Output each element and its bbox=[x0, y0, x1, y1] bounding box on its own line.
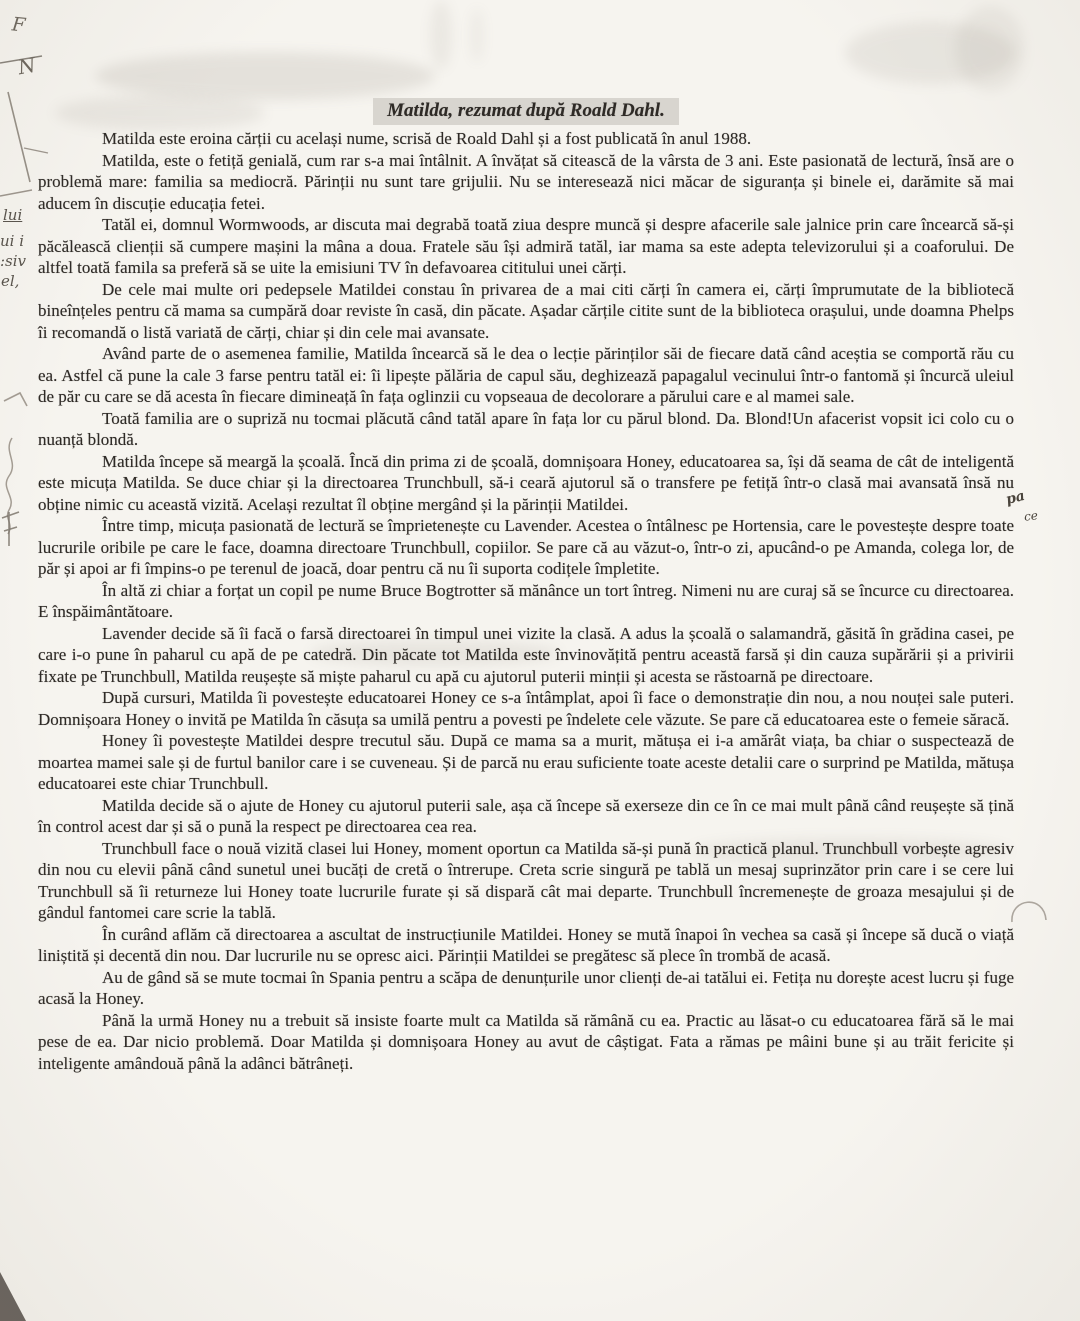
scanned-document-page: F N lui ui i :siv el, pa ce Matilda, rez… bbox=[0, 0, 1080, 1321]
paragraph: De cele mai multe ori pedepsele Matildei… bbox=[38, 279, 1014, 344]
margin-note-n: N bbox=[16, 53, 37, 80]
margin-diagonal-stroke bbox=[8, 92, 30, 182]
bleedthrough-smudge bbox=[845, 22, 1015, 84]
document-text-block: Matilda, rezumat după Roald Dahl. Matild… bbox=[38, 98, 1014, 1074]
corner-shadow bbox=[0, 1272, 26, 1321]
bleedthrough-smudge bbox=[430, 0, 452, 70]
paragraph: În altă zi chiar a forțat un copil pe nu… bbox=[38, 580, 1014, 623]
paragraph: Lavender decide să îi facă o farsă direc… bbox=[38, 623, 1014, 688]
margin-line-above-n bbox=[0, 56, 42, 63]
paragraph: Matilda decide să o ajute de Honey cu aj… bbox=[38, 795, 1014, 838]
right-hook-mark bbox=[1012, 902, 1046, 922]
margin-short-line bbox=[0, 190, 32, 196]
margin-corner-mark bbox=[4, 393, 27, 406]
paragraph: Au de gând să se mute tocmai în Spania p… bbox=[38, 967, 1014, 1010]
paragraph: Honey îi povestește Matildei despre trec… bbox=[38, 730, 1014, 795]
margin-note-word: lui bbox=[3, 206, 22, 224]
paragraph: Având parte de o asemenea familie, Matil… bbox=[38, 343, 1014, 408]
title-row: Matilda, rezumat după Roald Dahl. bbox=[38, 98, 1014, 125]
paragraph: Matilda, este o fetiță genială, cum rar … bbox=[38, 150, 1014, 215]
paragraph: Matilda este eroina cărții cu același nu… bbox=[38, 128, 1014, 150]
paragraph: Tatăl ei, domnul Wormwoods, ar discuta m… bbox=[38, 214, 1014, 279]
bleedthrough-smudge bbox=[470, 8, 484, 63]
margin-note-word: ui i bbox=[0, 232, 24, 250]
document-body: Matilda este eroina cărții cu același nu… bbox=[38, 128, 1014, 1074]
paragraph: În curând aflăm că directoarea a asculta… bbox=[38, 924, 1014, 967]
paragraph: Între timp, micuța pasionată de lectură … bbox=[38, 515, 1014, 580]
margin-note-word: el, bbox=[1, 272, 19, 290]
paragraph: Toată familia are o supriză nu tocmai pl… bbox=[38, 408, 1014, 451]
margin-note-word: :siv bbox=[0, 252, 26, 270]
margin-scribble: ce bbox=[1023, 508, 1038, 523]
paragraph: Matilda începe să meargă la școală. Încă… bbox=[38, 451, 1014, 516]
margin-note-f: F bbox=[11, 13, 26, 36]
bleedthrough-smudge bbox=[955, 6, 1025, 91]
margin-f-like-mark bbox=[2, 512, 19, 546]
document-title: Matilda, rezumat după Roald Dahl. bbox=[373, 98, 679, 125]
paragraph: Până la urmă Honey nu a trebuit să insis… bbox=[38, 1010, 1014, 1075]
bleedthrough-smudge bbox=[95, 52, 435, 100]
paragraph: Trunchbull face o nouă vizită clasei lui… bbox=[38, 838, 1014, 924]
paragraph: După cursuri, Matilda îi povestește educ… bbox=[38, 687, 1014, 730]
margin-squiggle-stroke bbox=[6, 438, 12, 534]
